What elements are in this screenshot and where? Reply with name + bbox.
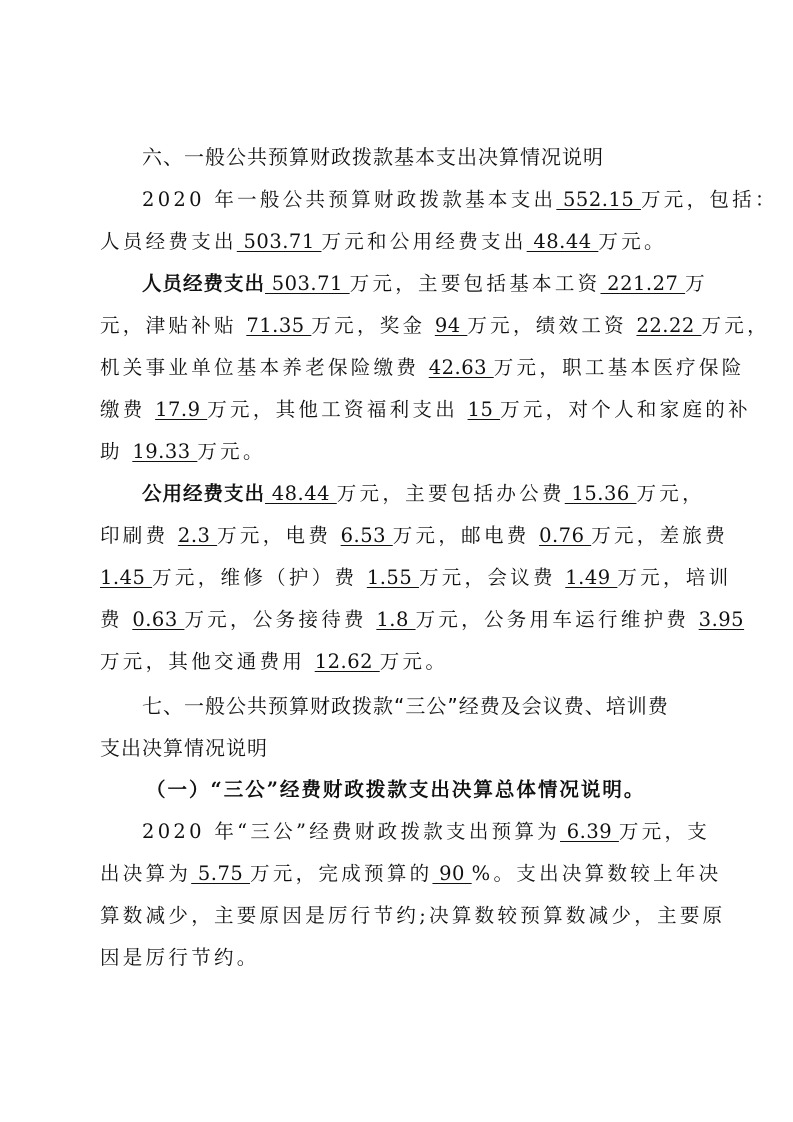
text: %。支出决算数较上年决 (472, 862, 722, 885)
text: 2020 年“三公”经费财政拨款支出预算为 (142, 820, 560, 843)
text: 万元，其他工资福利支出 (207, 398, 467, 421)
public-total: 48.44 (527, 230, 599, 253)
medical-insurance: 17.9 (155, 398, 207, 421)
text: 万元和公用经费支出 (321, 230, 526, 253)
basic-salary: 221.27 (600, 272, 685, 295)
text: 万元，差旅费 (591, 524, 728, 547)
family-subsidy: 19.33 (132, 440, 197, 463)
text: 万元，会议费 (419, 566, 565, 589)
three-public-actual: 5.75 (191, 862, 250, 885)
text: 万元，邮电费 (393, 524, 539, 547)
text: 万元，主要包括基本工资 (350, 272, 601, 295)
section-7-heading-line2: 支出决算情况说明 (100, 728, 700, 768)
text: 助 (100, 440, 132, 463)
paragraph-line: 费 0.63 万元，公务接待费 1.8 万元，公务用车运行维护费 3.95 (100, 600, 700, 640)
text: 万元，主要包括办公费 (337, 482, 565, 505)
text: 出决算为 (100, 862, 191, 885)
section-7-heading-line1: 七、一般公共预算财政拨款“三公”经费及会议费、培训费 (100, 686, 742, 726)
electricity-fee: 6.53 (341, 524, 393, 547)
text: 机关事业单位基本养老保险缴费 (100, 356, 429, 379)
text: 费 (100, 608, 132, 631)
bonus: 94 (435, 314, 468, 337)
paragraph-line: 公用经费支出 48.44 万元，主要包括办公费 15.36 万元， (100, 474, 742, 514)
text: 缴费 (100, 398, 155, 421)
public-amount: 48.44 (265, 482, 337, 505)
public-label: 公用经费支出 (142, 482, 265, 505)
text: 万元，其他交通费用 (100, 650, 315, 673)
paragraph-line: 缴费 17.9 万元，其他工资福利支出 15 万元，对个人和家庭的补 (100, 390, 700, 430)
completion-percent: 90 (432, 862, 471, 885)
text: 人员经费支出 (100, 230, 237, 253)
reception-fee: 1.8 (376, 608, 415, 631)
paragraph-line: 出决算为 5.75 万元，完成预算的 90 %。支出决算数较上年决 (100, 854, 700, 894)
text: 万元，对个人和家庭的补 (500, 398, 751, 421)
paragraph-line: 1.45 万元，维修（护）费 1.55 万元，会议费 1.49 万元，培训 (100, 558, 700, 598)
text: 万 (685, 272, 708, 295)
paragraph-line: 2020 年一般公共预算财政拨款基本支出 552.15 万元，包括： (100, 180, 742, 220)
paragraph-line: 万元，其他交通费用 12.62 万元。 (100, 642, 700, 682)
pension: 42.63 (429, 356, 494, 379)
three-public-budget: 6.39 (560, 820, 619, 843)
text: 万元，公务用车运行维护费 (416, 608, 699, 631)
text: 万元，支 (619, 820, 710, 843)
text: 万元。 (380, 650, 448, 673)
travel-fee: 1.45 (100, 566, 152, 589)
total-basic-expenditure: 552.15 (556, 188, 641, 211)
paragraph-line: 机关事业单位基本养老保险缴费 42.63 万元，职工基本医疗保险 (100, 348, 700, 388)
text: 2020 年一般公共预算财政拨款基本支出 (142, 188, 556, 211)
text: 万元，培训 (617, 566, 731, 589)
text: 万元，公务接待费 (184, 608, 376, 631)
paragraph-line: 算数减少，主要原因是厉行节约;决算数较预算数减少，主要原 (100, 896, 700, 936)
personnel-total: 503.71 (237, 230, 322, 253)
text: 万元，奖金 (311, 314, 435, 337)
training-fee: 0.63 (132, 608, 184, 631)
paragraph-line: 人员经费支出 503.71 万元，主要包括基本工资 221.27 万 (100, 264, 742, 304)
personnel-amount: 503.71 (265, 272, 350, 295)
text: 万元，绩效工资 (467, 314, 636, 337)
meeting-fee: 1.49 (565, 566, 617, 589)
text: 万元， (637, 482, 705, 505)
text: 万元，完成预算的 (250, 862, 432, 885)
maintenance-fee: 1.55 (367, 566, 419, 589)
text: 万元，包括： (641, 188, 778, 211)
paragraph-line: 人员经费支出 503.71 万元和公用经费支出 48.44 万元。 (100, 222, 700, 262)
performance-pay: 22.22 (636, 314, 701, 337)
paragraph-line: 2020 年“三公”经费财政拨款支出预算为 6.39 万元，支 (100, 812, 742, 852)
document-page: 六、一般公共预算财政拨款基本支出决算情况说明 2020 年一般公共预算财政拨款基… (0, 0, 793, 1122)
office-fee: 15.36 (565, 482, 637, 505)
text: 印刷费 (100, 524, 178, 547)
printing-fee: 2.3 (178, 524, 217, 547)
allowance: 71.35 (246, 314, 311, 337)
paragraph-line: 因是厉行节约。 (100, 938, 700, 978)
text: 万元，维修（护）费 (152, 566, 367, 589)
postal-fee: 0.76 (539, 524, 591, 547)
text: 元，津贴补贴 (100, 314, 246, 337)
vehicle-fee: 3.95 (699, 608, 744, 631)
text: 万元， (702, 314, 770, 337)
paragraph-line: 元，津贴补贴 71.35 万元，奖金 94 万元，绩效工资 22.22 万元， (100, 306, 700, 346)
subsection-1-heading: （一）“三公”经费财政拨款支出决算总体情况说明。 (100, 770, 746, 810)
text: 万元。 (598, 230, 666, 253)
personnel-label: 人员经费支出 (142, 272, 265, 295)
text: 万元，电费 (217, 524, 341, 547)
section-6-heading: 六、一般公共预算财政拨款基本支出决算情况说明 (100, 137, 742, 177)
other-welfare: 15 (468, 398, 501, 421)
other-transport-fee: 12.62 (315, 650, 380, 673)
text: 万元。 (197, 440, 265, 463)
paragraph-line: 助 19.33 万元。 (100, 432, 700, 472)
text: 万元，职工基本医疗保险 (494, 356, 745, 379)
paragraph-line: 印刷费 2.3 万元，电费 6.53 万元，邮电费 0.76 万元，差旅费 (100, 516, 700, 556)
